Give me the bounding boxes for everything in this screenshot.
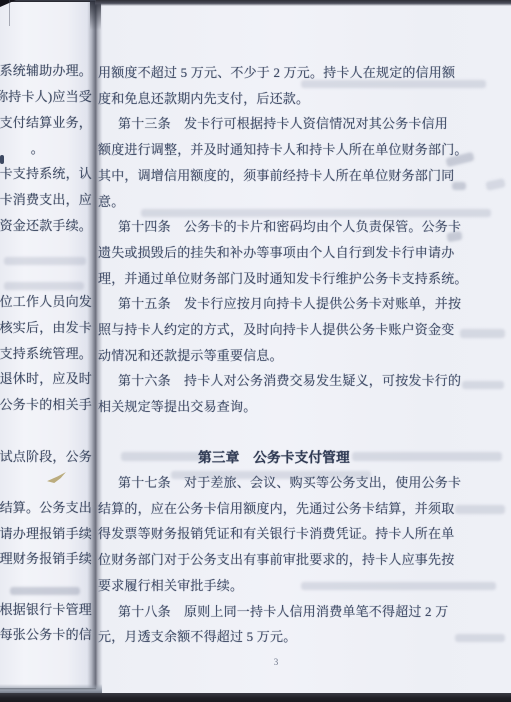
body-text-line: 相关规定等提出交易查询。 <box>98 400 256 414</box>
clipped-character-fragment <box>0 155 4 164</box>
underlay-text-line: 销公务卡的相关手 <box>0 398 92 412</box>
underlay-text-line: 上每张公务卡的信 <box>0 628 92 642</box>
bleed-through-smudge <box>301 80 486 88</box>
underlay-text-line: 持系统辅助办理。 <box>0 64 92 78</box>
bleed-through-smudge <box>4 257 86 265</box>
underlay-text-line: 称持卡人)应当受 <box>0 90 92 104</box>
body-text-line: 其中，调增信用额度的，须事前经持卡人所在单位财务部门同 <box>98 169 454 183</box>
page-bottom-edge <box>0 693 511 702</box>
body-text-line: 第十四条 公务卡的卡片和密码均由个人负责保管。公务卡 <box>118 220 461 234</box>
body-text-line: 度和免息还款期内先支付，后还款。 <box>98 92 309 106</box>
bleed-through-smudge <box>452 182 466 190</box>
underlay-text-line: 认核实后，由发卡 <box>0 321 92 335</box>
page-fold-shadow <box>87 0 102 694</box>
main-page: 第三章 公务卡支付管理 3 用额度不超过 5 万元、不少于 2 万元。持卡人在规… <box>96 3 511 693</box>
underlay-text-line: 单位工作人员向发 <box>0 295 92 309</box>
underlay-text-line: 申请办理报销手续 <box>0 527 92 541</box>
underlying-page-sliver: 持系统辅助办理。称持卡人)应当受的支付结算业务，。务卡支持系统，认务卡消费支出，… <box>0 2 96 688</box>
page-number: 3 <box>266 657 286 667</box>
body-text-line: 理，并通过单位财务部门及时通知发卡行维护公务卡支持系统。 <box>98 272 468 286</box>
underlay-text-line: 的资金还款手续。 <box>0 219 92 233</box>
underlay-text-line: 动、退休时，应及时 <box>0 372 92 386</box>
corner-sheet-edge <box>9 0 10 26</box>
bleed-through-smudge <box>462 381 504 389</box>
underlay-text-line: 的支付结算业务， <box>0 116 92 130</box>
body-text-line: 要求履行相关审批手续。 <box>98 579 243 593</box>
body-text-line: 元，月透支余额不得超过 5 万元。 <box>98 630 296 644</box>
body-text-line: 遗失或损毁后的挂失和补办等事项由个人自行到发卡行申请办 <box>98 246 454 260</box>
bleed-through-smudge <box>455 505 505 514</box>
body-text-line: 照与持卡人约定的方式，及时向持卡人提供公务卡账户资金变 <box>98 323 454 337</box>
body-text-line: 第十八条 原则上同一持卡人信用消费单笔不得超过 2 万 <box>118 605 448 619</box>
underlay-text-line: 办理财务报销手续 <box>0 552 92 566</box>
body-text-line: 第十三条 发卡行可根据持卡人资信情况对其公务卡信用 <box>118 117 448 131</box>
underlay-text-line: 卡。试点阶段，公务 <box>0 450 92 464</box>
bleed-through-smudge <box>4 282 84 290</box>
scanned-document-page: 持系统辅助办理。称持卡人)应当受的支付结算业务，。务卡支持系统，认务卡消费支出，… <box>0 0 511 702</box>
bleed-through-smudge <box>10 587 80 595</box>
scan-corner-shadow <box>0 0 16 7</box>
body-text-line: 位财务部门对于公务支出有事前审批要求的，持卡人应事先按 <box>98 553 454 567</box>
body-text-line: 用额度不超过 5 万元、不少于 2 万元。持卡人在规定的信用额 <box>98 66 455 80</box>
body-text-line: 第十七条 对于差旅、会议、购买等公务支出，使用公务卡 <box>118 476 461 490</box>
underlay-text-line: 单位根据银行卡管理 <box>0 603 92 617</box>
bleed-through-smudge <box>485 178 505 191</box>
body-text-line: 第十五条 发卡行应按月向持卡人提供公务卡对账单，并按 <box>118 297 461 311</box>
body-text-line: 额度进行调整，并及时通知持卡人和持卡人所在单位财务部门。 <box>98 143 468 157</box>
underlay-text-line: 务卡消费支出，应 <box>0 193 92 207</box>
page-top-edge <box>95 0 511 6</box>
underlay-text-line: 务卡支持系统，认 <box>0 167 92 181</box>
body-text-line: 得发票等财务报销凭证和有关银行卡消费凭证。持卡人所在单 <box>98 527 454 541</box>
bleed-through-smudge <box>301 582 496 590</box>
body-text-line: 第十六条 持卡人对公务消费交易发生疑义，可按发卡行的 <box>118 374 461 388</box>
body-text-line: 结算的，应在公务卡信用额度内，先通过公务卡结算，并须取 <box>98 502 454 516</box>
bleed-through-smudge <box>460 329 505 338</box>
bleed-through-smudge <box>455 634 505 642</box>
bleed-through-smudge <box>141 209 491 217</box>
underlay-text-line: 卡支持系统管理。 <box>0 347 92 361</box>
underlay-text-line: 支付结算。公务支出 <box>0 501 92 515</box>
chapter-heading: 第三章 公务卡支付管理 <box>96 450 452 465</box>
body-text-line: 动情况和还款提示等重要信息。 <box>98 349 283 363</box>
underlay-text-line: 。 <box>31 142 44 156</box>
